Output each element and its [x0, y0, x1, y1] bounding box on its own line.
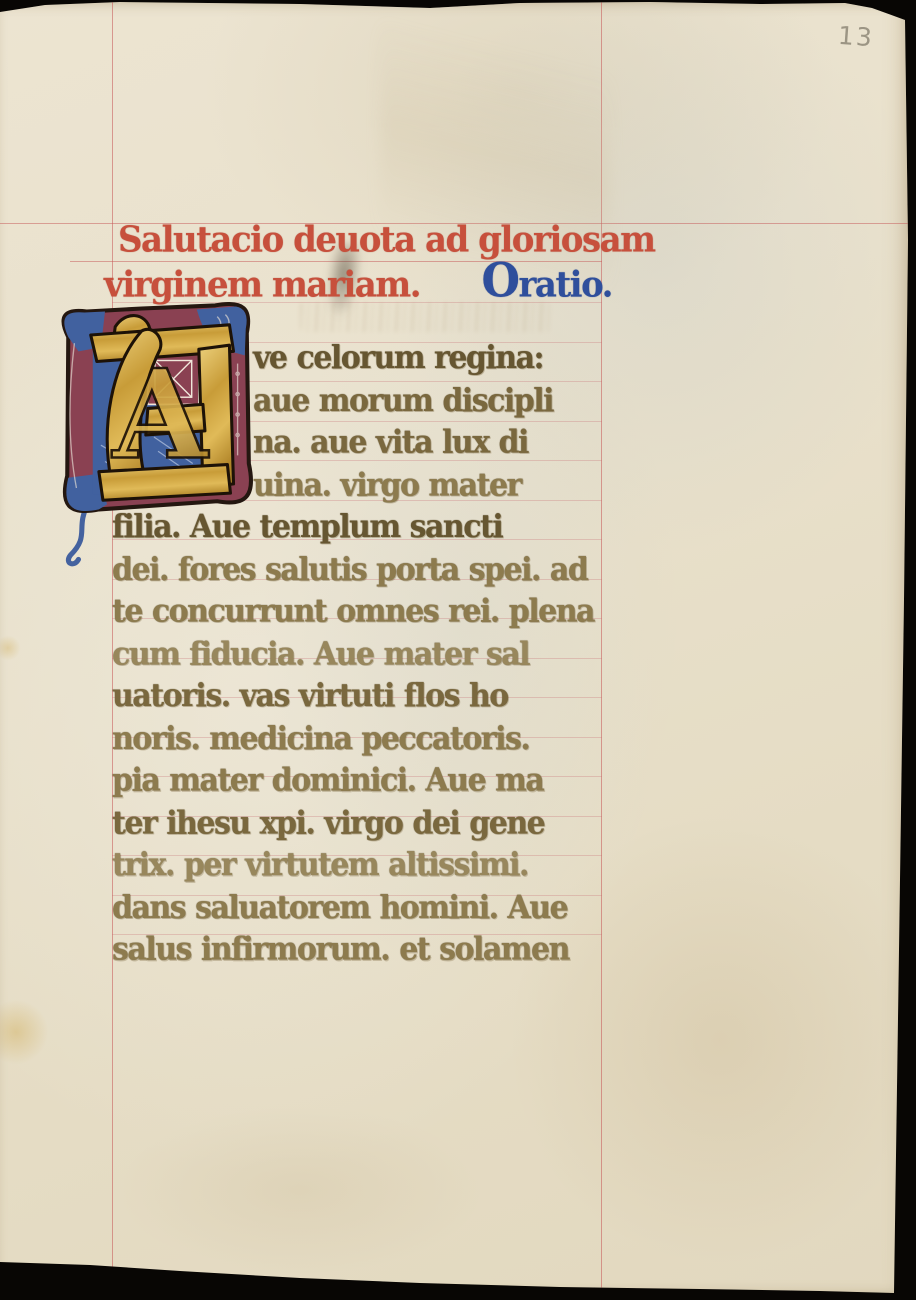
folio-number: 13 — [837, 21, 875, 52]
text-line: ter ihesu xpi. virgo dei gene — [112, 802, 616, 844]
text-line: dei. fores salutis porta spei. ad — [112, 548, 616, 590]
text-line: trix. per virtutem altissimi. — [112, 844, 616, 886]
rubric-line-1: Salutacio deuota ad gloriosam — [104, 220, 616, 261]
text-line: noris. medicina peccatoris. — [112, 717, 616, 759]
text-line: dans saluatorem homini. Aue — [112, 886, 616, 928]
rubric: Salutacio deuota ad gloriosam virginem m… — [104, 220, 616, 306]
body-text: ve celorum regina: aue morum discipli na… — [112, 337, 616, 971]
rubric-line-2-red: virginem mariam. — [104, 265, 420, 306]
text-line: aue morum discipli — [112, 379, 616, 421]
text-line: ve celorum regina: — [112, 337, 616, 379]
text-line: na. aue vita lux di — [112, 422, 616, 464]
text-line: cum fiducia. Aue mater sal — [112, 633, 616, 675]
oratio-heading: Oratio. — [482, 261, 616, 306]
text-line: uina. virgo mater — [112, 464, 616, 506]
manuscript-page: 13 Salutacio deuota ad gloriosam virgine… — [0, 0, 916, 1300]
text-line: filia. Aue templum sancti — [112, 506, 616, 548]
text-line: uatoris. vas virtuti flos ho — [112, 675, 616, 717]
rubric-line-2: virginem mariam. Oratio. — [104, 261, 616, 306]
text-line: salus infirmorum. et solamen — [112, 929, 616, 971]
text-line: pia mater dominici. Aue ma — [112, 760, 616, 802]
text-line: te concurrunt omnes rei. plena — [112, 591, 616, 633]
photograph-background: 13 Salutacio deuota ad gloriosam virgine… — [0, 0, 916, 1300]
